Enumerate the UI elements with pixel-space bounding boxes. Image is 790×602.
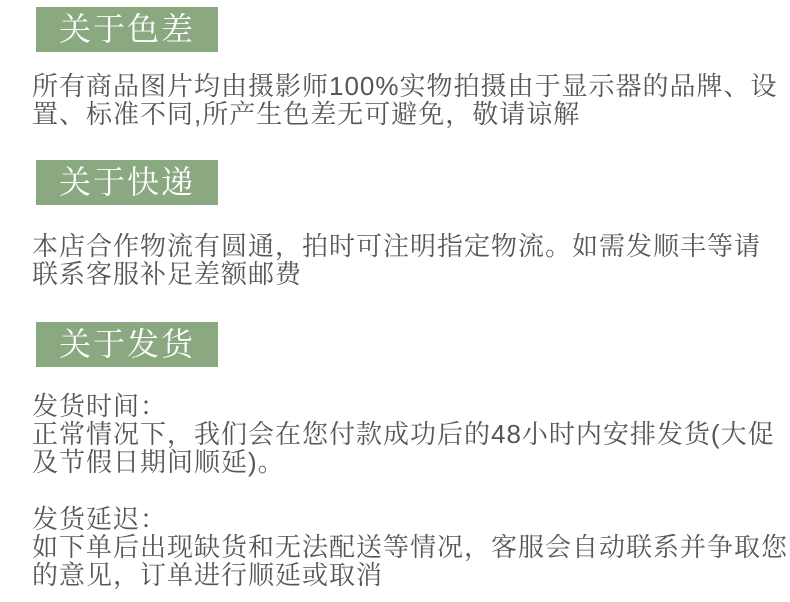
body-text-line: 本店合作物流有圆通，拍时可注明指定物流。如需发顺丰等请 (32, 232, 770, 260)
section-color-difference: 关于色差 所有商品图片均由摄影师100%实物拍摄由于显示器的品牌、设 置、标准不… (0, 7, 790, 128)
body-text-line: 及节假日期间顺延)。 (32, 448, 770, 476)
store-policy-notice-page: 关于色差 所有商品图片均由摄影师100%实物拍摄由于显示器的品牌、设 置、标准不… (0, 7, 790, 602)
body-text-line: 正常情况下，我们会在您付款成功后的48小时内安排发货(大促 (32, 420, 770, 448)
section-express-delivery: 关于快递 本店合作物流有圆通，拍时可注明指定物流。如需发顺丰等请 联系客服补足差… (0, 160, 790, 288)
section-shipping: 关于发货 发货时间： 正常情况下，我们会在您付款成功后的48小时内安排发货(大促… (0, 322, 790, 589)
section-header-badge-color-difference: 关于色差 (36, 7, 218, 52)
shipping-delay-paragraph: 发货延迟： 如下单后出现缺货和无法配送等情况，客服会自动联系并争取您 的意见，订… (32, 505, 770, 589)
shipping-time-paragraph: 发货时间： 正常情况下，我们会在您付款成功后的48小时内安排发货(大促 及节假日… (32, 392, 770, 476)
body-text-line: 如下单后出现缺货和无法配送等情况，客服会自动联系并争取您 (32, 533, 770, 561)
express-delivery-paragraph: 本店合作物流有圆通，拍时可注明指定物流。如需发顺丰等请 联系客服补足差额邮费 (32, 232, 770, 288)
body-text-line: 联系客服补足差额邮费 (32, 260, 770, 288)
shipping-delay-title: 发货延迟： (32, 505, 770, 533)
color-difference-paragraph: 所有商品图片均由摄影师100%实物拍摄由于显示器的品牌、设 置、标准不同,所产生… (32, 72, 770, 128)
body-text-line: 所有商品图片均由摄影师100%实物拍摄由于显示器的品牌、设 (32, 72, 770, 100)
body-text-line: 的意见，订单进行顺延或取消 (32, 561, 770, 589)
section-header-badge-express-delivery: 关于快递 (36, 160, 218, 205)
shipping-time-title: 发货时间： (32, 392, 770, 420)
body-text-line: 置、标准不同,所产生色差无可避免，敬请谅解 (32, 100, 770, 128)
section-header-badge-shipping: 关于发货 (36, 322, 218, 367)
